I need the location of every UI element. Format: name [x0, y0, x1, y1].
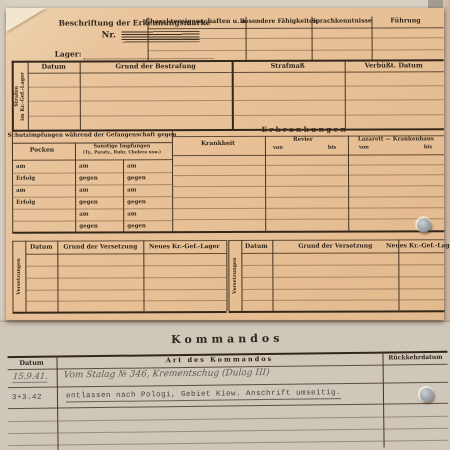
kommandos-entry-date: 15.9.41.: [12, 372, 48, 383]
kommandos-entry-text: entlassen nach Pologi, Gebiet Kiew. Ansc…: [66, 389, 341, 402]
kommandos-col-date: Datum: [19, 360, 44, 367]
hole-punch-lower: [420, 388, 434, 402]
rule: [382, 352, 384, 448]
scanned-pow-card-page: Beschriftung der Erkennungsmarke Nr. Lag…: [0, 0, 450, 450]
rule: [8, 428, 448, 434]
kommandos-title: Kommandos: [171, 333, 283, 346]
kommandos-entry-date: 3+3.42: [12, 394, 42, 402]
rule: [56, 356, 58, 450]
kommandos-entry-text: Vom Stalag № 346, Krementschug (Dulag II…: [63, 368, 270, 381]
kommandos-content: Kommandos Datum Art des Kommandos Rückke…: [0, 0, 450, 450]
rule: [8, 382, 448, 388]
rule: [8, 403, 448, 409]
kommandos-col-type: Art des Kommandos: [166, 356, 273, 364]
rule: [9, 440, 449, 446]
kommandos-col-return-date: Rückkehrdatum: [388, 355, 442, 362]
rule: [8, 416, 448, 422]
